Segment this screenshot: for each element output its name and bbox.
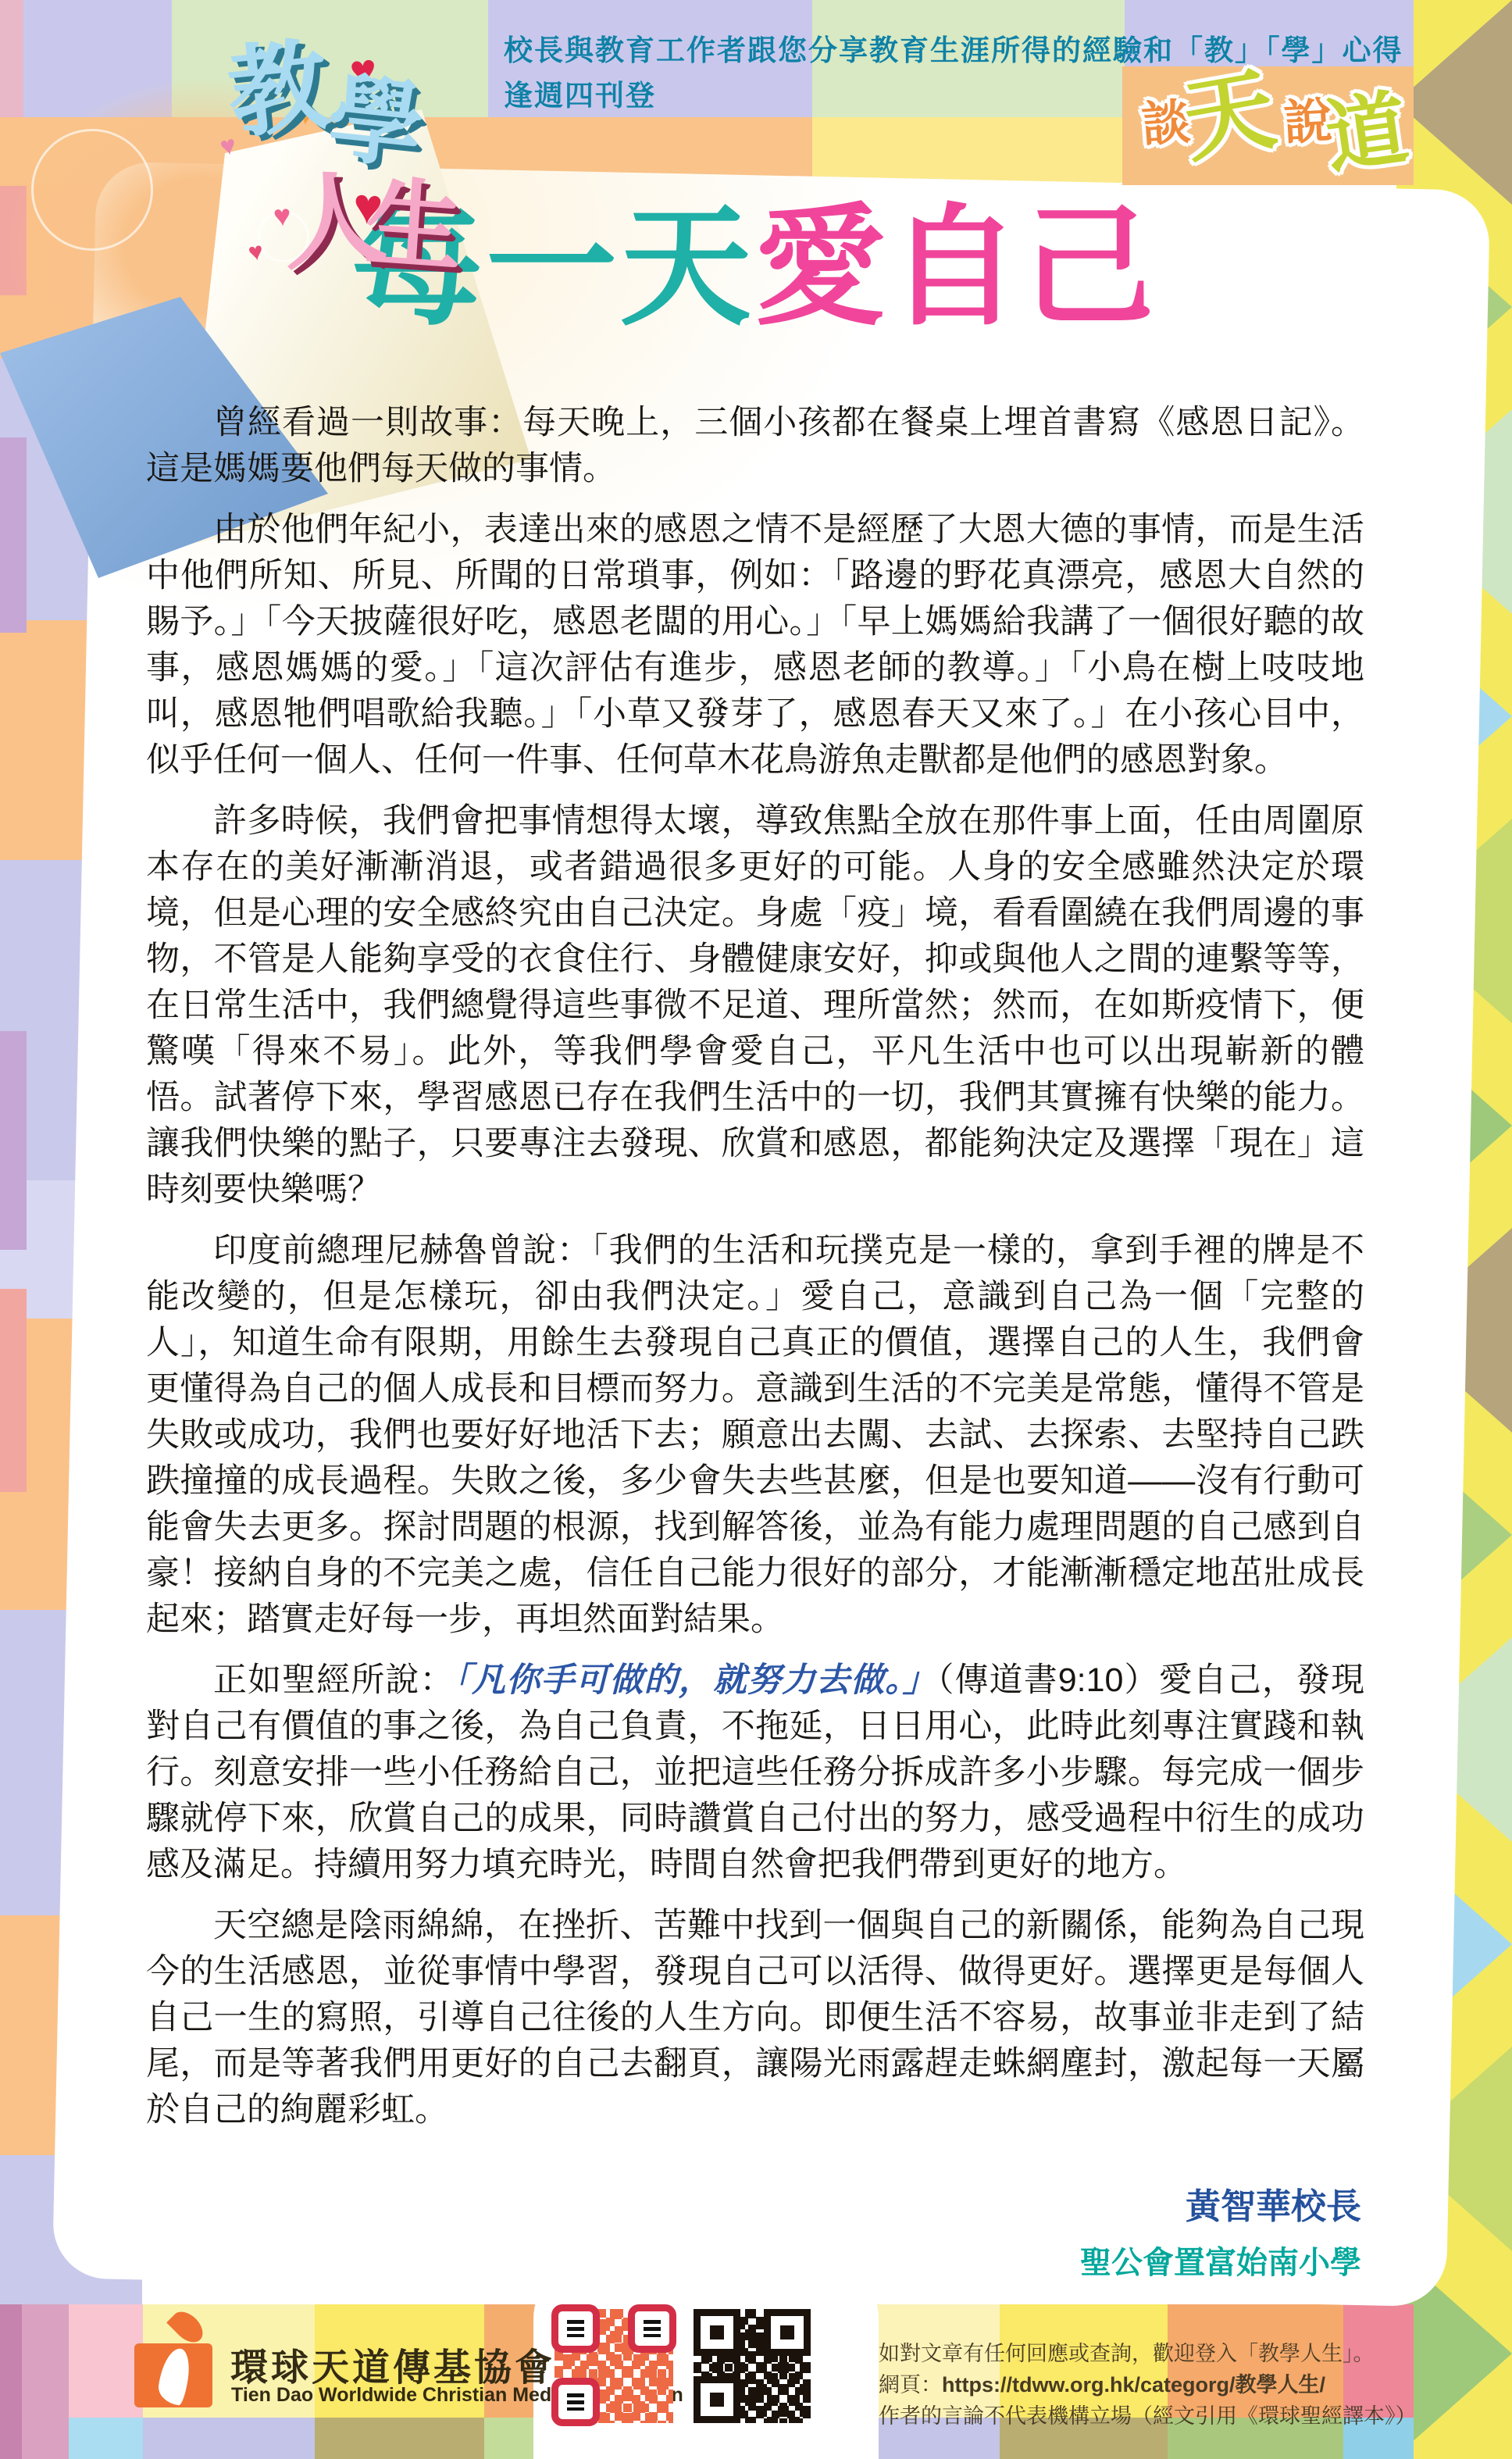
column-logo-char-tian: 天	[1177, 65, 1282, 170]
paragraph: 天空總是陰雨綿綿，在挫折、苦難中找到一個與自己的新關係，能夠為自己現今的生活感恩…	[146, 1903, 1364, 2133]
paragraph: 曾經看過一則故事：每天晚上，三個小孩都在餐桌上埋首書寫《感恩日記》。這是媽媽要他…	[146, 400, 1364, 492]
mosaic-tile	[0, 2304, 22, 2459]
sparkle-ring	[31, 129, 153, 251]
qr-finder	[694, 2376, 740, 2423]
header-tagline-line2: 逢週四刊登	[504, 72, 656, 114]
org-logo-flame-cutout	[156, 2347, 192, 2406]
paragraph: 印度前總理尼赫魯曾說：「我們的生活和玩撲克是一樣的，拿到手裡的牌是不能改變的，但…	[146, 1228, 1364, 1643]
paragraph: 許多時候，我們會把事情想得太壞，導致焦點全放在那件事上面，任由周圍原本存在的美好…	[146, 798, 1364, 1213]
qr-finder	[551, 2378, 600, 2426]
org-name-chinese: 環球天道傳基協會	[230, 2337, 555, 2391]
bible-quote: 「凡你手可做的，就努力去做。」	[455, 1662, 937, 1699]
quote-prefix: 正如聖經所說：	[213, 1661, 455, 1699]
website-url[interactable]: https://tdww.org.hk/categorg/教學人生/	[942, 2373, 1325, 2397]
header-tagline-line1: 校長與教育工作者跟您分享教育生涯所得的經驗和「教」「學」心得	[504, 27, 1403, 69]
mosaic-tile	[143, 2418, 315, 2459]
author-name: 黃智華校長	[144, 2178, 1361, 2229]
qr-finder	[764, 2309, 811, 2356]
mosaic-tile	[69, 2418, 143, 2459]
qr-finder	[551, 2304, 600, 2353]
author-block: 黃智華校長 聖公會置富始南小學	[144, 2178, 1361, 2282]
article-title-pink: 愛自己	[754, 194, 1157, 341]
org-logo-icon	[134, 2343, 212, 2407]
mosaic-tile	[812, 117, 1160, 184]
masthead-char-xue: 學	[323, 70, 428, 175]
qr-code-black	[694, 2309, 811, 2423]
mosaic-tile	[69, 2304, 143, 2418]
mosaic-triangle	[1396, 0, 1512, 205]
masthead-char-jiao: 教	[223, 36, 333, 146]
column-logo-char-dao: 道	[1321, 88, 1412, 180]
paragraph: 由於他們年紀小，表達出來的感恩之情不是經歷了大恩大德的事情，而是生活中他們所知、…	[146, 507, 1364, 783]
qr-finder	[628, 2304, 676, 2353]
contact-block: 如對文章有任何回應或查詢，歡迎登入「教學人生」。 網頁：https://tdww…	[879, 2338, 1410, 2432]
masthead-char-sheng: 生	[362, 175, 465, 278]
contact-line2: 網頁：https://tdww.org.hk/categorg/教學人生/	[879, 2369, 1410, 2400]
mosaic-accent	[0, 1289, 27, 1492]
contact-line1: 如對文章有任何回應或查詢，歡迎登入「教學人生」。	[879, 2338, 1410, 2369]
qr-code-orange	[555, 2309, 673, 2423]
article-body: 曾經看過一則故事：每天晚上，三個小孩都在餐桌上埋首書寫《感恩日記》。這是媽媽要他…	[146, 400, 1364, 2148]
qr-finder	[694, 2309, 740, 2356]
flyer-page: 校長與教育工作者跟您分享教育生涯所得的經驗和「教」「學」心得 逢週四刊登 ♥ ♥…	[0, 0, 1512, 2459]
website-label: 網頁：	[879, 2373, 942, 2397]
author-school: 聖公會置富始南小學	[144, 2238, 1361, 2282]
mosaic-accent	[0, 1031, 27, 1250]
contact-line3: 作者的言論不代表機構立場（經文引用《環球聖經譯本》）	[879, 2400, 1410, 2432]
mosaic-accent	[0, 437, 27, 633]
mosaic-tile	[315, 2418, 484, 2459]
mosaic-tile	[22, 2304, 69, 2459]
paragraph-with-quote: 正如聖經所說：「凡你手可做的，就努力去做。」（傳道書9:10）愛自己，發現對自己…	[146, 1658, 1364, 1888]
